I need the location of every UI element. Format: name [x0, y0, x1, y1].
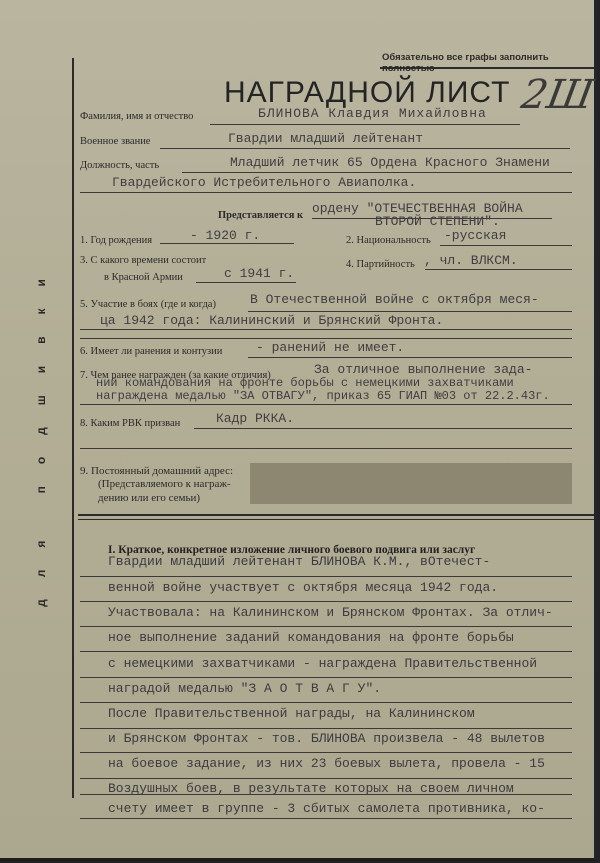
battles-value-2: ца 1942 года: Калининский и Брянский Фро…: [100, 313, 443, 328]
narrative-line: ное выполнение заданий командования на ф…: [108, 630, 514, 645]
narrative-rule: [80, 626, 572, 627]
rvk-line: [194, 428, 572, 429]
narrative-line: венной войне участвует с октября месяца …: [108, 580, 498, 595]
section-divider-1: [78, 514, 594, 516]
position-value-1: Младший летчик 65 Ордена Красного Знамен…: [230, 155, 550, 170]
rvk-value: Кадр РККА.: [216, 411, 294, 426]
rvk-line-2: [80, 448, 572, 449]
previous-awards-value-2: ний командования на фронте борьбы с неме…: [96, 376, 514, 390]
previous-awards-value-3: награждена медалью "ЗА ОТВАГУ", приказ 6…: [96, 389, 550, 403]
previous-awards-value-1: За отличное выполнение зада-: [314, 362, 532, 377]
narrative-rule: [80, 778, 572, 779]
narrative-rule: [80, 794, 572, 795]
address-label-2: (Представляемого к награж-: [98, 478, 231, 490]
battles-label: 5. Участие в боях (где и когда): [80, 299, 216, 310]
nationality-value: -русская: [444, 228, 506, 243]
narrative-rule: [80, 651, 572, 652]
battles-line-2: [80, 329, 572, 330]
rvk-label: 8. Каким РВК призван: [80, 418, 180, 429]
party-label: 4. Партийность: [346, 259, 415, 270]
service-since-label-1: 3. С какого времени состоит: [80, 255, 206, 266]
address-redacted-block: [250, 463, 572, 504]
nationality-line: [440, 245, 572, 246]
previous-awards-line: [80, 404, 572, 405]
name-value: БЛИНОВА Клавдия Михайловна: [258, 106, 487, 121]
narrative-line: и Брянском Фронтах - тов. БЛИНОВА произв…: [108, 731, 545, 746]
wounds-line: [248, 357, 572, 358]
party-line: [425, 269, 572, 270]
narrative-rule: [80, 818, 572, 819]
narrative-line: наградой медалью "З А О Т В А Г У".: [108, 681, 381, 696]
address-label-3: дению или его семьи): [98, 492, 200, 504]
nominated-label: Представляется к: [218, 210, 303, 221]
birth-year-label: 1. Год рождения: [80, 235, 152, 246]
narrative-line: Гвардии младший лейтенант БЛИНОВА К.М., …: [108, 554, 490, 569]
narrative-line: счету имеет в группе - 3 сбитых самолета…: [108, 801, 545, 816]
position-line-1: [182, 172, 572, 173]
birth-year-value: - 1920 г.: [190, 228, 260, 243]
battles-value-1: В Отечественной войне с октября меся-: [250, 292, 539, 307]
narrative-line: После Правительственной награды, на Кали…: [108, 706, 475, 721]
rank-line: [160, 148, 570, 149]
service-since-value: с 1941 г.: [224, 266, 294, 281]
position-value-2: Гвардейского Истребительного Авиаполка.: [112, 175, 416, 190]
narrative-line: Участвовала: на Калининском и Брянском Ф…: [108, 605, 553, 620]
name-label: Фамилия, имя и отчество: [80, 111, 193, 122]
party-value: , чл. ВЛКСМ.: [424, 253, 518, 268]
handwritten-number: 2Ш: [518, 72, 597, 118]
narrative-rule: [80, 728, 572, 729]
service-since-label-2: в Красной Армии: [104, 272, 183, 283]
page-title: НАГРАДНОЙ ЛИСТ: [224, 76, 510, 110]
nominated-value-2: ВТОРОЙ СТЕПЕНИ".: [375, 214, 500, 229]
narrative-rule: [80, 576, 572, 577]
narrative-rule: [80, 601, 572, 602]
left-frame-line: [72, 58, 74, 798]
position-line-2: [80, 192, 572, 193]
wounds-label: 6. Имеет ли ранения и контузии: [80, 346, 222, 357]
narrative-line: на боевое задание, из них 23 боевых выле…: [108, 756, 545, 771]
narrative-rule: [80, 752, 572, 753]
narrative-rule: [80, 702, 572, 703]
award-sheet-page: для подшивки Обязательно все графы запол…: [0, 0, 597, 861]
narrative-line: с немецкими захватчиками - награждена Пр…: [108, 656, 537, 671]
binding-margin-text: для подшивки: [34, 227, 48, 637]
header-note: Обязательно все графы заполнить полность…: [382, 52, 594, 74]
narrative-rule: [80, 677, 572, 678]
section-divider-2: [78, 519, 594, 520]
rank-label: Военное звание: [80, 136, 150, 147]
rank-value: Гвардии младший лейтенант: [228, 131, 423, 146]
address-label-1: 9. Постоянный домашний адрес:: [80, 465, 233, 477]
battles-line-1: [248, 311, 572, 312]
name-line: [210, 124, 520, 125]
separator-line: [80, 338, 572, 339]
position-label: Должность, часть: [80, 160, 159, 171]
service-since-line: [196, 282, 296, 283]
binding-margin: для подшивки: [26, 235, 56, 645]
wounds-value: - ранений не имеет.: [256, 340, 404, 355]
birth-year-line: [160, 243, 294, 244]
nationality-label: 2. Национальность: [346, 235, 431, 246]
